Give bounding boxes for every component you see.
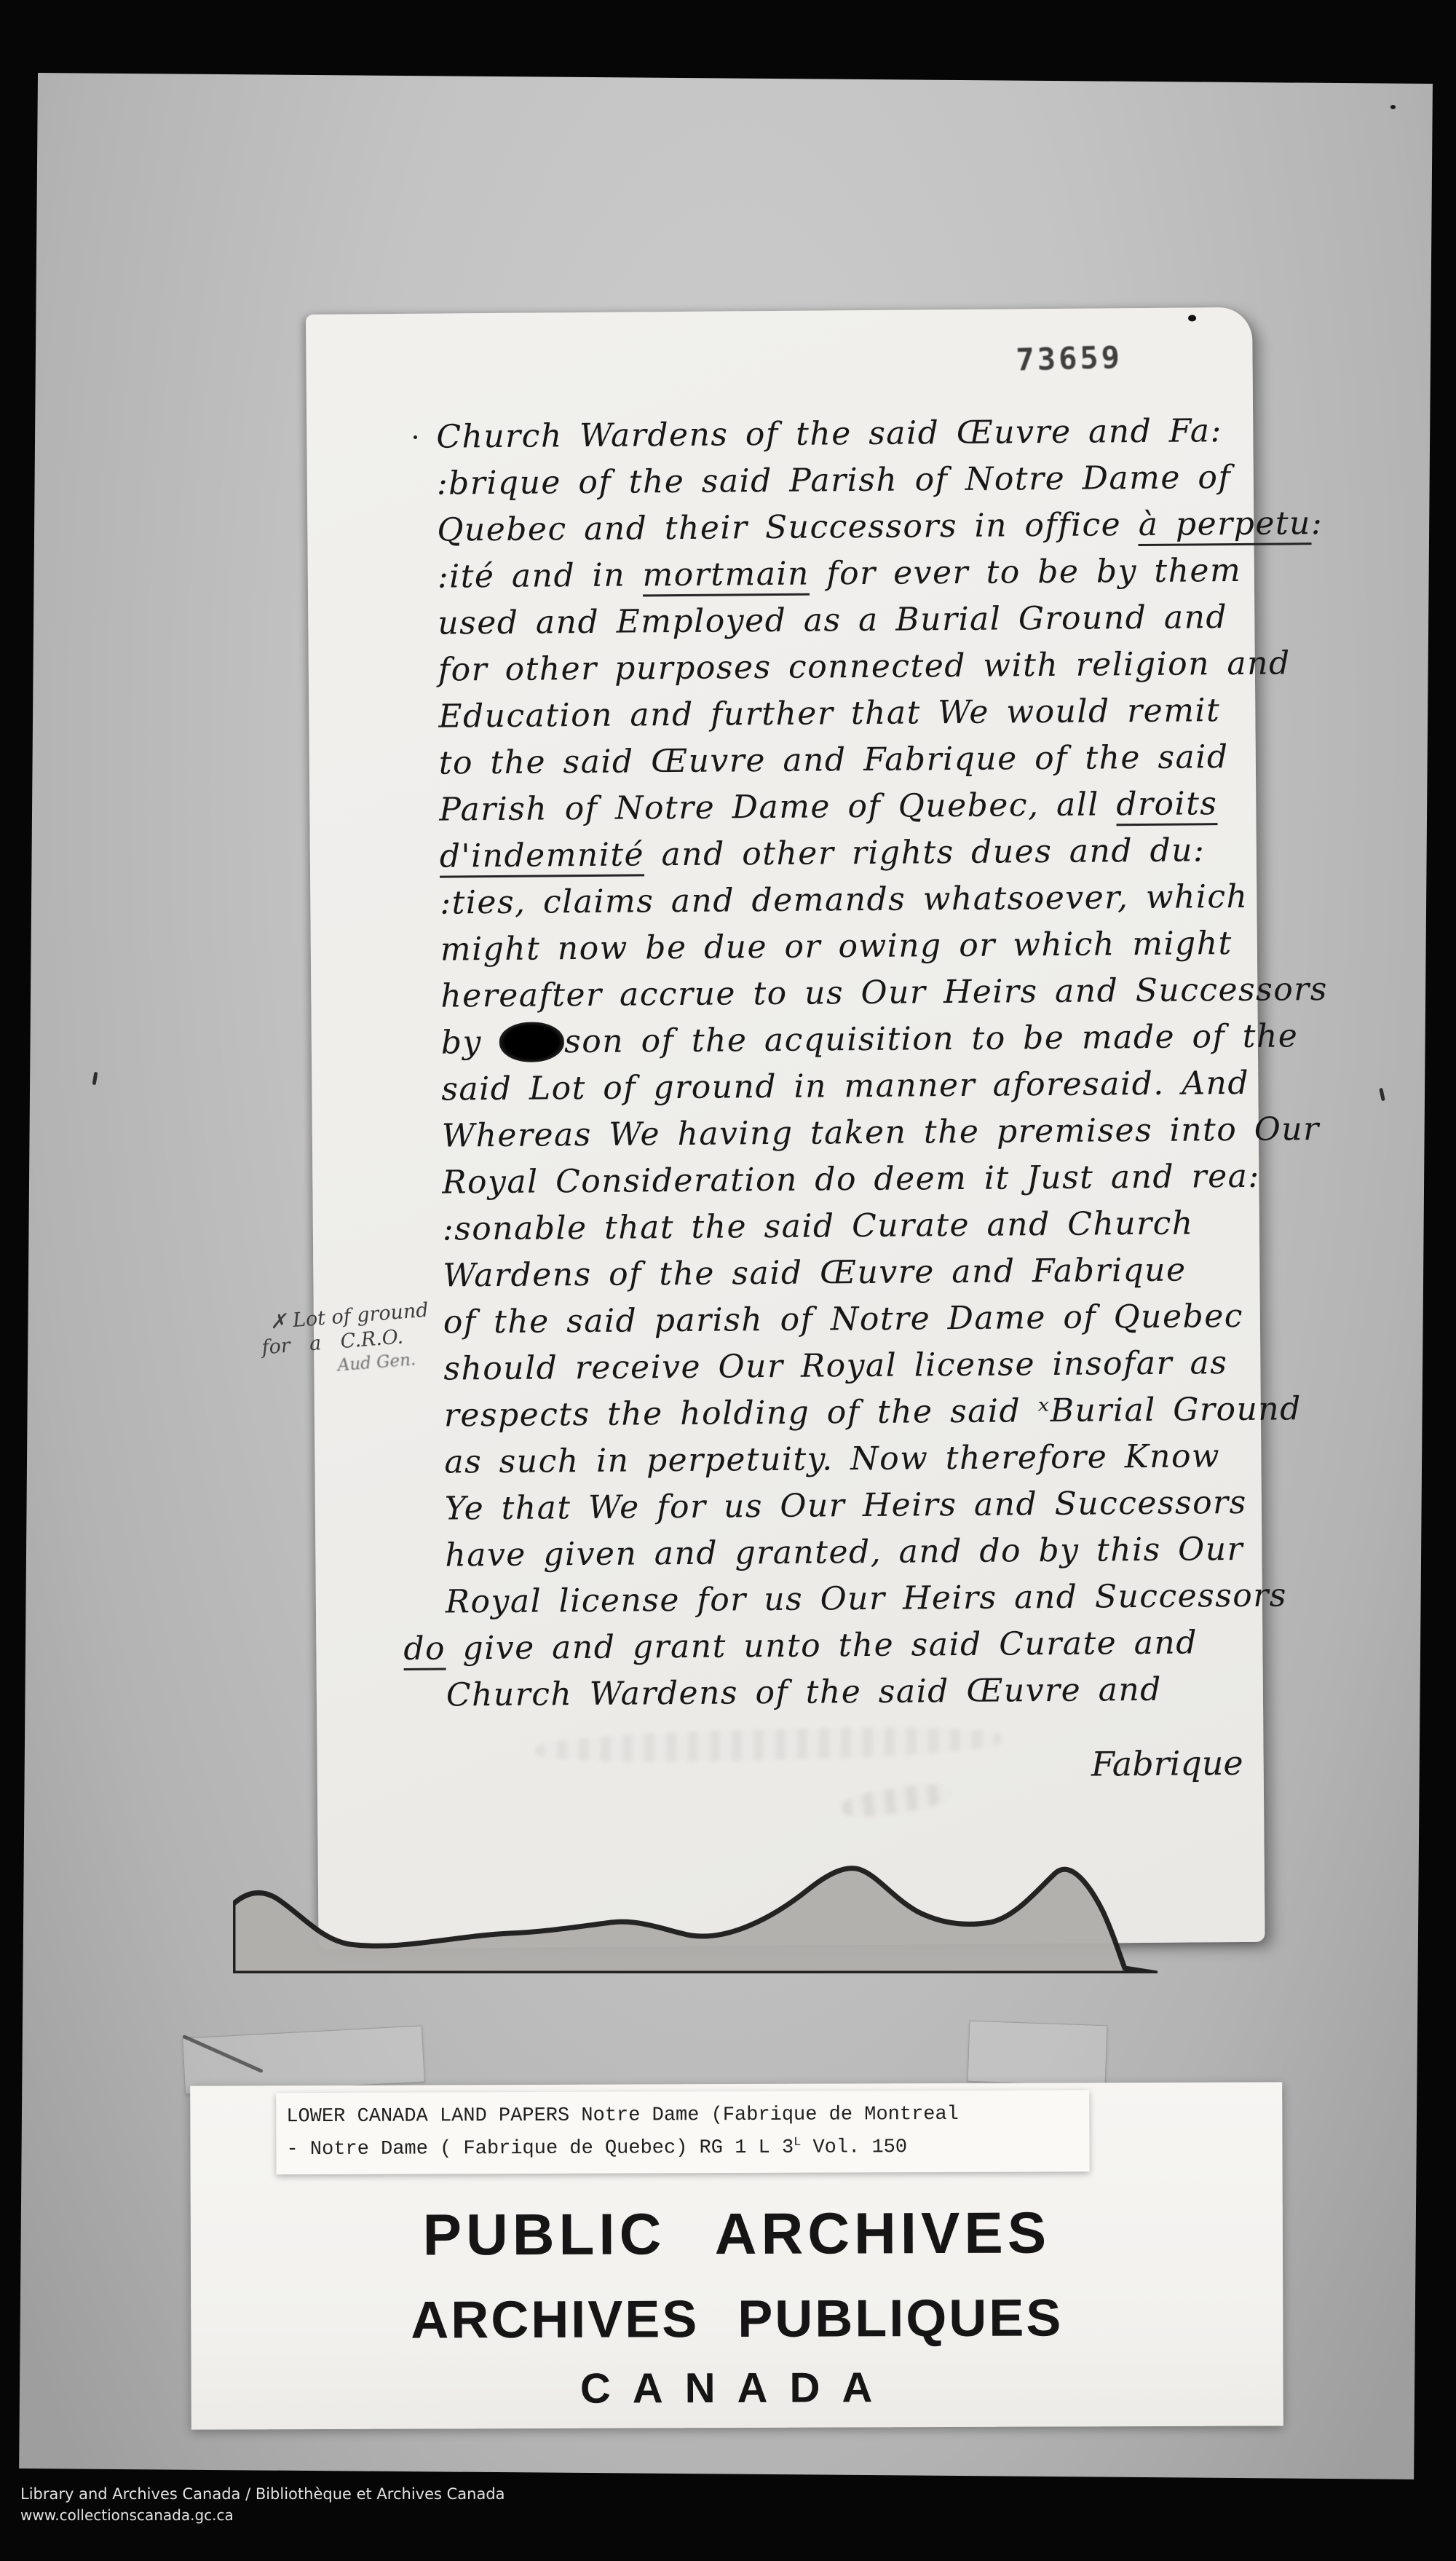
- ink-bleedthrough-smudge: [840, 1780, 951, 1821]
- footer-credit: Library and Archives Canada / Bibliothèq…: [20, 2483, 505, 2525]
- manuscript-line: should receive Our Royal license insofar…: [443, 1340, 1259, 1393]
- manuscript-line: Royal license for us Our Heirs and Succe…: [446, 1573, 1261, 1626]
- manuscript-text-block: Church Wardens of the said Œuvre and Fa:…: [436, 408, 1262, 1719]
- torn-paper-edge: [233, 1853, 1158, 1973]
- manuscript-line: Parish of Notre Dame of Quebec, all droi…: [439, 781, 1254, 834]
- archive-label-line: - Notre Dame ( Fabrique de Quebec) RG 1 …: [286, 2128, 1082, 2163]
- manuscript-line: might now be due or owing or which might: [440, 920, 1256, 974]
- manuscript-line: :sonable that the said Curate and Church: [443, 1200, 1258, 1253]
- manuscript-line: :ties, claims and demands whatsoever, wh…: [440, 874, 1255, 927]
- margin-note: ✗ Lot of ground for a C.R.O. Aud Gen.: [269, 1295, 464, 1381]
- manuscript-line: by reason of the acquisition to be made …: [441, 1014, 1257, 1067]
- footer-institution: Library and Archives Canada / Bibliothèq…: [20, 2483, 505, 2505]
- manuscript-sheet: 73659 Church Wardens of the said Œuvre a…: [306, 307, 1265, 1949]
- public-archives-stamp-en: PUBLIC ARCHIVES: [191, 2198, 1283, 2269]
- manuscript-line: as such in perpetuity. Now therefore Kno…: [444, 1433, 1259, 1486]
- dust-speck: [1390, 105, 1396, 109]
- manuscript-line: Wardens of the said Œuvre and Fabrique: [443, 1247, 1258, 1300]
- manuscript-line: said Lot of ground in manner aforesaid. …: [441, 1060, 1257, 1113]
- manuscript-line: do give and grant unto the said Curate a…: [446, 1619, 1261, 1673]
- public-archives-stamp-fr: ARCHIVES PUBLIQUES: [191, 2287, 1283, 2351]
- public-archives-stamp-canada: CANADA: [191, 2361, 1283, 2414]
- page-number-stamp: 73659: [1016, 339, 1123, 378]
- manuscript-line: hereafter accrue to us Our Heirs and Suc…: [440, 967, 1256, 1020]
- manuscript-line: :ité and in mortmain for ever to be by t…: [438, 548, 1253, 601]
- ink-bleedthrough-smudge: [535, 1724, 1002, 1766]
- superscript-l: L: [794, 2136, 801, 2150]
- manuscript-line: Royal Consideration do deem it Just and …: [442, 1153, 1257, 1207]
- manuscript-line: Quebec and their Successors in office à …: [437, 501, 1252, 554]
- manuscript-line: to the said Œuvre and Fabrique of the sa…: [439, 734, 1254, 787]
- dust-speck: [414, 435, 417, 439]
- manuscript-line: Whereas We having taken the premises int…: [442, 1107, 1257, 1160]
- footer-url: www.collectionscanada.gc.ca: [20, 2505, 505, 2525]
- archives-stamp-card: LOWER CANADA LAND PAPERS Notre Dame (Fab…: [190, 2082, 1283, 2429]
- manuscript-line: Church Wardens of the said Œuvre and Fa:: [436, 408, 1251, 461]
- typed-archive-label: LOWER CANADA LAND PAPERS Notre Dame (Fab…: [276, 2090, 1089, 2174]
- manuscript-line: Education and further that We would remi…: [438, 687, 1254, 741]
- ink-blot: rea: [499, 1022, 564, 1062]
- manuscript-line: for other purposes connected with religi…: [438, 641, 1254, 694]
- manuscript-line: :brique of the said Parish of Notre Dame…: [437, 454, 1252, 508]
- manuscript-line: Ye that We for us Our Heirs and Successo…: [445, 1480, 1260, 1533]
- manuscript-line: have given and granted, and do by this O…: [445, 1526, 1260, 1579]
- catchword: Fabrique: [1091, 1743, 1243, 1784]
- tape-mark: [968, 2021, 1108, 2087]
- manuscript-line: used and Employed as a Burial Ground and: [438, 594, 1253, 647]
- manuscript-line: respects the holding of the said ˣBurial…: [444, 1386, 1259, 1440]
- manuscript-line: of the said parish of Notre Dame of Queb…: [443, 1293, 1259, 1346]
- ink-dot: [1188, 315, 1196, 321]
- archive-label-line: LOWER CANADA LAND PAPERS Notre Dame (Fab…: [286, 2100, 1082, 2131]
- manuscript-line: d'indemnité and other rights dues and du…: [440, 827, 1255, 880]
- manuscript-line: Church Wardens of the said Œuvre and: [446, 1666, 1262, 1719]
